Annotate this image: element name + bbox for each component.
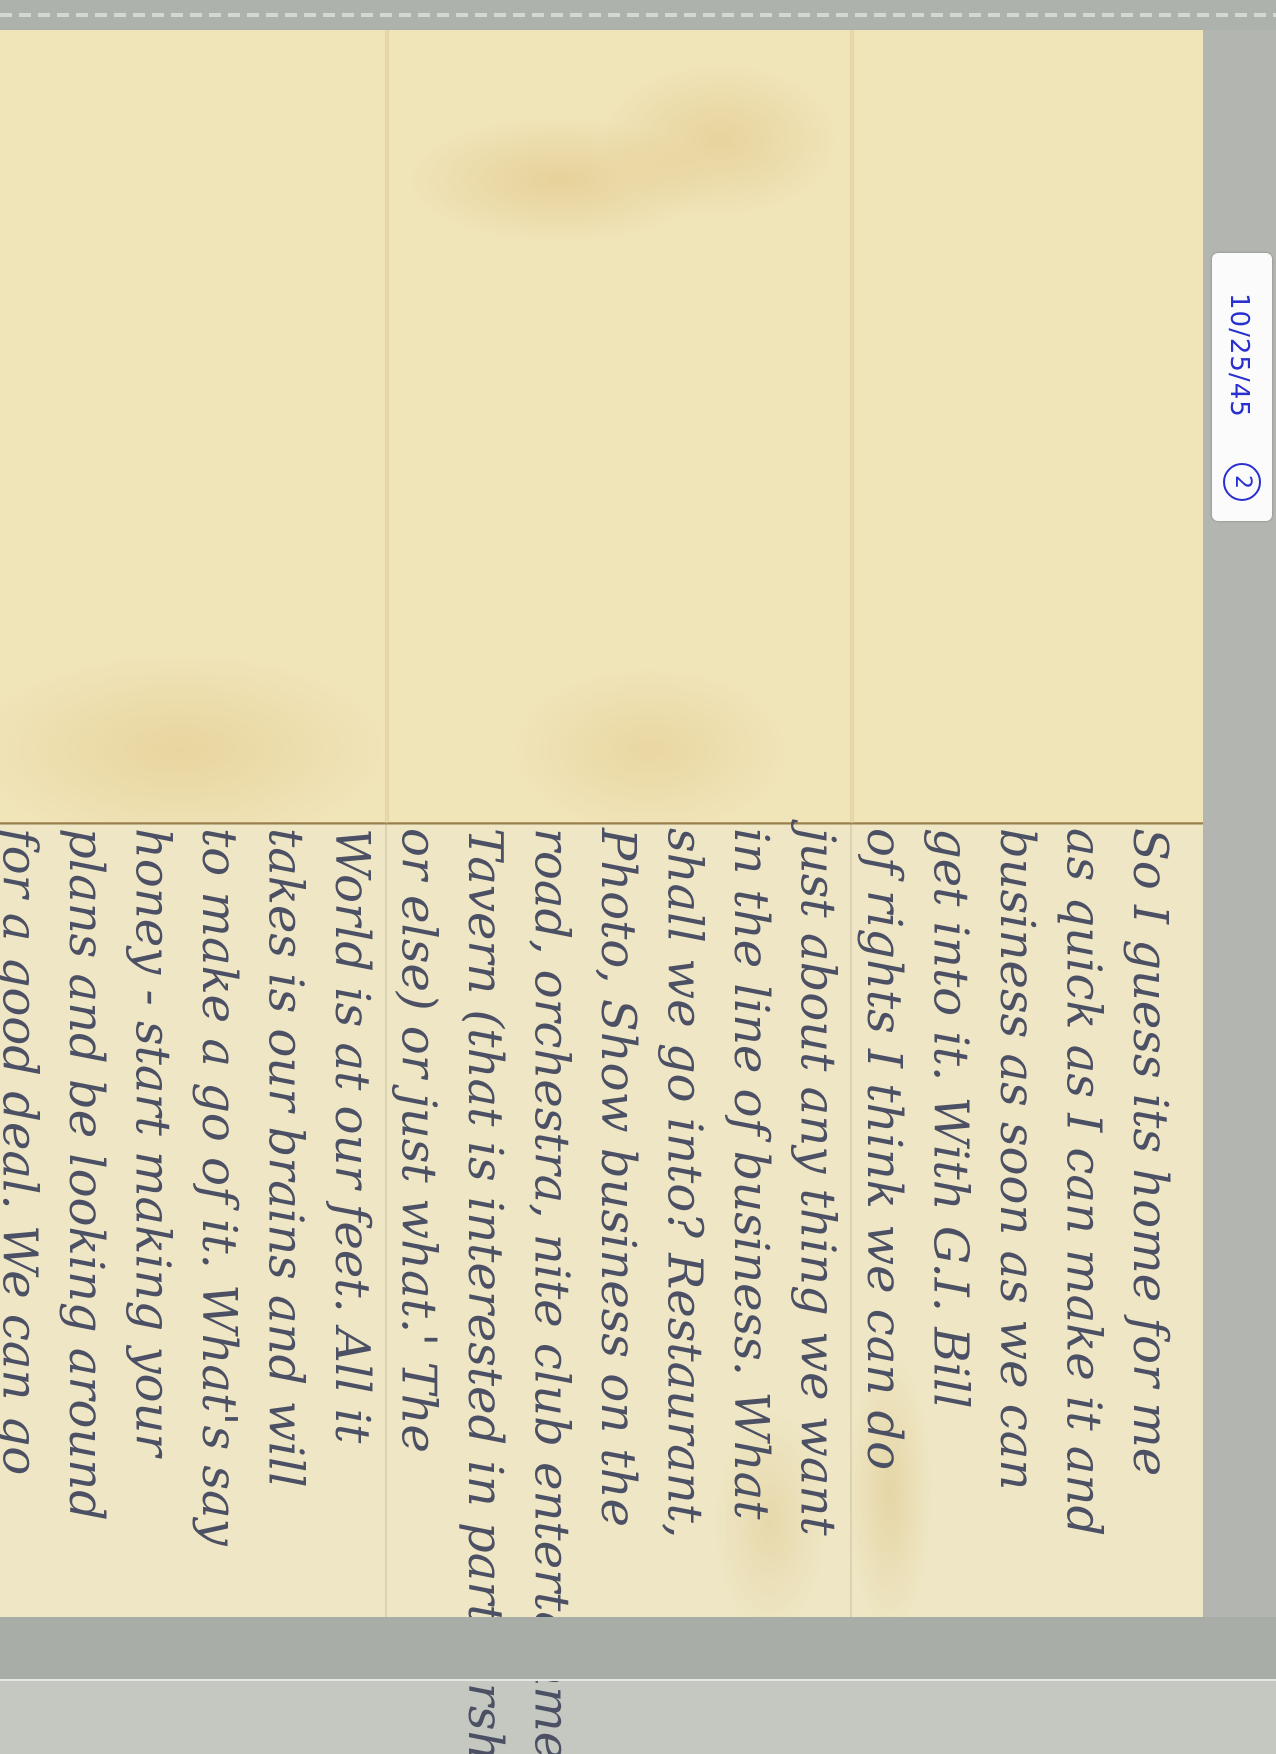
bleed-through-text: ​ xyxy=(930,50,1200,750)
handwritten-line: World is at our feet. All it xyxy=(319,828,386,1590)
vertical-fold-line xyxy=(385,30,389,823)
sleeve-stitching xyxy=(0,13,1276,17)
handwritten-line: for a good deal. We can go xyxy=(0,828,53,1590)
handwritten-line: honey - start making your xyxy=(119,828,186,1590)
handwritten-line: plans and be looking around xyxy=(53,828,120,1590)
handwritten-line: or else) or just what.' The xyxy=(385,828,452,1590)
handwritten-text-block: So I guess its home for me as quick as I… xyxy=(0,800,1203,1590)
sleeve-edge-line xyxy=(0,1679,1276,1681)
handwritten-line: just about any thing we want xyxy=(784,828,851,1590)
vertical-fold-line xyxy=(850,30,854,823)
blank-upper-panel: ​ xyxy=(0,30,1203,823)
handwritten-line: as quick as I can make it and xyxy=(1050,828,1117,1590)
handwritten-line: of rights I think we can do xyxy=(851,828,918,1590)
handwritten-line: takes is our brains and will xyxy=(252,828,319,1590)
handwritten-line: shall we go into? Restaurant, xyxy=(651,828,718,1590)
handwritten-line: road, orchestra, nite club entertainment… xyxy=(518,828,585,1590)
handwritten-line: Tavern (that is interested in partnershi… xyxy=(452,828,519,1590)
handwritten-line: Photo, Show business on the xyxy=(585,828,652,1590)
sleeve-bottom-border xyxy=(0,1617,1276,1679)
handwritten-line: in the line of business. What xyxy=(718,828,785,1590)
handwritten-line: get into it. With G.I. Bill xyxy=(917,828,984,1590)
archive-date: 10/25/45 xyxy=(1224,293,1254,418)
handwritten-line: So I guess its home for me xyxy=(1117,828,1184,1590)
page-number-badge: 2 xyxy=(1223,463,1261,501)
handwritten-line: business as soon as we can xyxy=(984,828,1051,1590)
handwritten-line: to make a go of it. What's say xyxy=(186,828,253,1590)
archive-label: 10/25/45 2 xyxy=(1212,253,1272,521)
